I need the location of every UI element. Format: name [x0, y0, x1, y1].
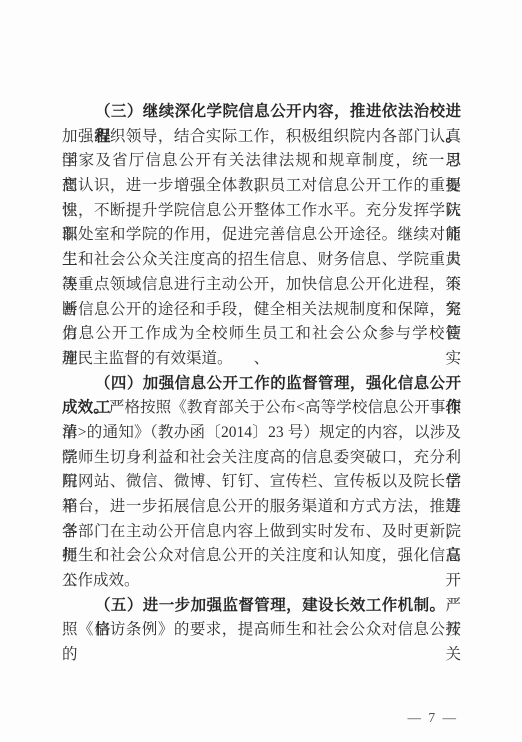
text-line: 院网站、微信、微博、钉钉、宣传栏、宣传板以及院长信箱等: [62, 470, 461, 495]
text-line: 院师生切身利益和社会关注度高的信息委突破口，充分利用学: [62, 446, 461, 471]
text-line: 平台，进一步拓展信息公开的服务渠道和方式方法，推进学院: [62, 495, 461, 520]
text-run: 照《信访条例》的要求，提高师生和社会公众对信息公开的关: [62, 621, 461, 663]
text-line: 高认识，进一步增强全体教职员工对信息公开工作的重要性认: [62, 174, 461, 199]
text-run: 工作成效。: [62, 572, 140, 589]
body-text: （三）继续深化学院信息公开内容，推进依法治校进程。加强组织领导，结合实际工作，积…: [62, 100, 461, 643]
text-line: 部处室和学院的作用，促进完善信息公开途径。继续对师生员: [62, 223, 461, 248]
text-line: 等重点领域信息进行主动公开，加快信息公开化进程，不断完: [62, 273, 461, 298]
text-line: 工和社会公众关注度高的招生信息、财务信息、学院重大决策: [62, 248, 461, 273]
text-line: 单>的通知》（教办函〔2014〕23 号）规定的内容，以涉及学: [62, 421, 461, 446]
text-line: 识，不断提升学院信息公开整体工作水平。充分发挥学院职能: [62, 199, 461, 224]
text-run: 施民主监督的有效渠道。: [62, 350, 233, 367]
text-line: 善信息公开的途径和手段，健全相关法规制度和保障，努力使: [62, 298, 461, 323]
text-line: 加强组织领导，结合实际工作，积极组织院内各部门认真学习: [62, 125, 461, 150]
document-page: （三）继续深化学院信息公开内容，推进依法治校进程。加强组织领导，结合实际工作，积…: [0, 0, 522, 742]
section-heading-run: 成效。: [62, 399, 109, 416]
text-line: 照《信访条例》的要求，提高师生和社会公众对信息公开的关: [62, 618, 461, 643]
text-line: 国家及省厅信息公开有关法律法规和规章制度，统一思想，提: [62, 149, 461, 174]
text-line: （三）继续深化学院信息公开内容，推进依法治校进程。: [62, 100, 461, 125]
text-line: （四）加强信息公开工作的监督管理，强化信息公开工作: [62, 372, 461, 397]
text-line: 各部门在主动公开信息内容上做到实时发布、及时更新，提高: [62, 520, 461, 545]
text-line: 成效。严格按照《教育部关于公布<高等学校信息公开事项清: [62, 396, 461, 421]
text-line: 师生和社会公众对信息公开的关注度和认知度，强化信息公开: [62, 544, 461, 569]
text-line: （五）进一步加强监督管理，建设长效工作机制。严格按: [62, 594, 461, 619]
section-heading-run: （五）进一步加强监督管理，建设长效工作机制。: [95, 597, 445, 614]
page-number: — 7 —: [408, 710, 459, 726]
text-line: 信息公开工作成为全校师生员工和社会公众参与学校管理、实: [62, 322, 461, 347]
